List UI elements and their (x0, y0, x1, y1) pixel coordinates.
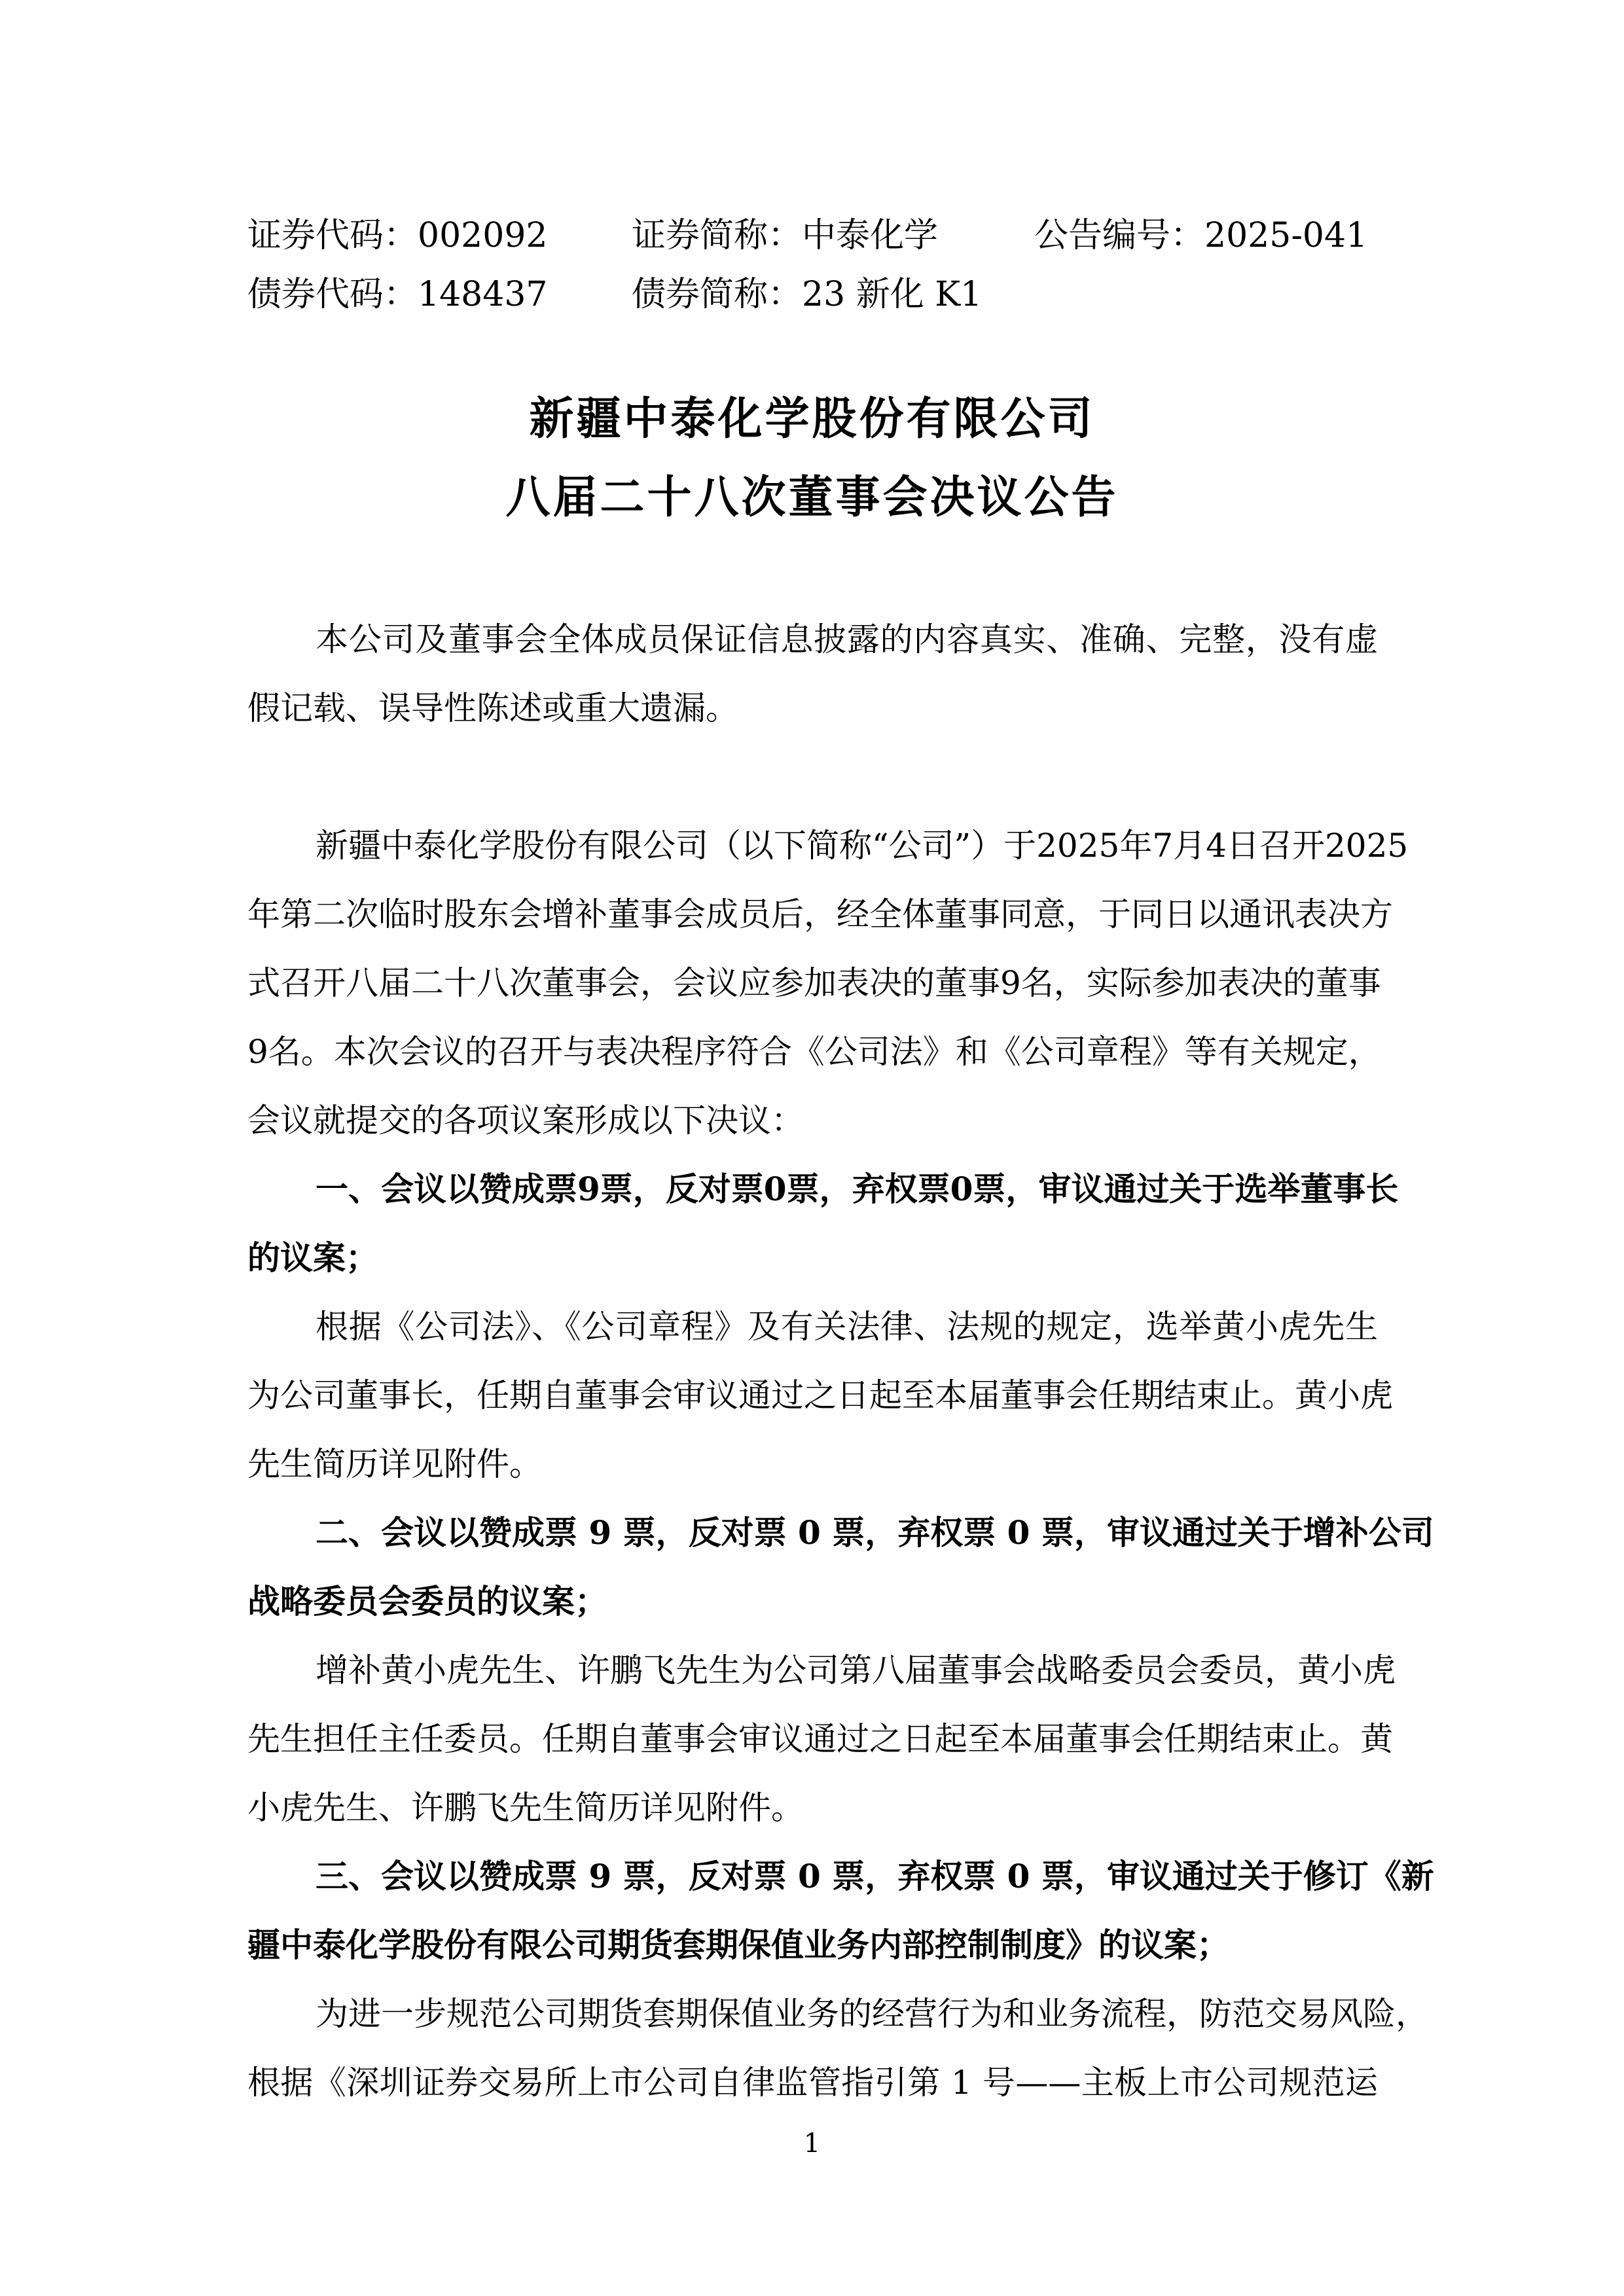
announcement-title: 八届二十八次董事会决议公告 (0, 461, 1624, 533)
resolution-1-body: 根据《公司法》、《公司章程》及有关法律、法规的规定，选举黄小虎先生 (316, 1293, 1378, 1361)
securities-abbreviation: 证券简称：中泰化学 (632, 206, 938, 265)
resolution-2-body: 增补黄小虎先生、许鹏飞先生为公司第八届董事会战略委员会委员，黄小虎 (316, 1636, 1378, 1704)
resolution-2-heading: 战略委员会委员的议案； (247, 1568, 1378, 1636)
resolution-3-heading: 三、会议以赞成票 9 票，反对票 0 票，弃权票 0 票，审议通过关于修订《新 (316, 1842, 1378, 1910)
header-row-bond: 债券代码：148437 债券简称：23 新化 K1 (247, 265, 1378, 324)
bond-abbreviation: 债券简称：23 新化 K1 (632, 265, 982, 324)
announcement-number: 公告编号：2025-041 (1034, 206, 1367, 265)
intro-line: 新疆中泰化学股份有限公司（以下简称“公司”）于2025年7月4日召开2025 (316, 812, 1378, 880)
page-number: 1 (0, 2124, 1624, 2163)
bond-code: 债券代码：148437 (247, 265, 548, 324)
resolution-3-body: 为进一步规范公司期货套期保值业务的经营行为和业务流程，防范交易风险， (316, 1980, 1378, 2048)
intro-line: 年第二次临时股东会增补董事会成员后，经全体董事同意，于同日以通讯表决方 (247, 880, 1378, 948)
statement-line: 本公司及董事会全体成员保证信息披露的内容真实、准确、完整，没有虚 (316, 605, 1378, 673)
resolution-1-body: 为公司董事长，任期自董事会审议通过之日起至本届董事会任期结束止。黄小虎 (247, 1361, 1378, 1429)
document-page: 证券代码：002092 证券简称：中泰化学 公告编号：2025-041 债券代码… (0, 0, 1624, 2296)
resolution-2-heading: 二、会议以赞成票 9 票，反对票 0 票，弃权票 0 票，审议通过关于增补公司 (316, 1499, 1378, 1567)
resolution-3-body: 根据《深圳证券交易所上市公司自律监管指引第 1 号——主板上市公司规范运 (247, 2049, 1378, 2117)
resolution-2-body: 小虎先生、许鹏飞先生简历详见附件。 (247, 1774, 1378, 1842)
intro-line: 会议就提交的各项议案形成以下决议： (247, 1086, 1378, 1155)
company-name-title: 新疆中泰化学股份有限公司 (0, 383, 1624, 455)
header-row-securities: 证券代码：002092 证券简称：中泰化学 公告编号：2025-041 (247, 206, 1378, 265)
intro-line: 9名。本次会议的召开与表决程序符合《公司法》和《公司章程》等有关规定， (247, 1018, 1378, 1086)
statement-line: 假记载、误导性陈述或重大遗漏。 (247, 674, 1378, 742)
resolution-3-heading: 疆中泰化学股份有限公司期货套期保值业务内部控制制度》的议案； (247, 1911, 1378, 1979)
securities-code: 证券代码：002092 (247, 206, 548, 265)
resolution-1-heading: 一、会议以赞成票9票，反对票0票，弃权票0票，审议通过关于选举董事长 (316, 1155, 1378, 1223)
resolution-2-body: 先生担任主任委员。任期自董事会审议通过之日起至本届董事会任期结束止。黄 (247, 1705, 1378, 1773)
intro-line: 式召开八届二十八次董事会，会议应参加表决的董事9名，实际参加表决的董事 (247, 949, 1378, 1017)
resolution-1-body: 先生简历详见附件。 (247, 1430, 1378, 1498)
resolution-1-heading: 的议案； (247, 1224, 1378, 1292)
